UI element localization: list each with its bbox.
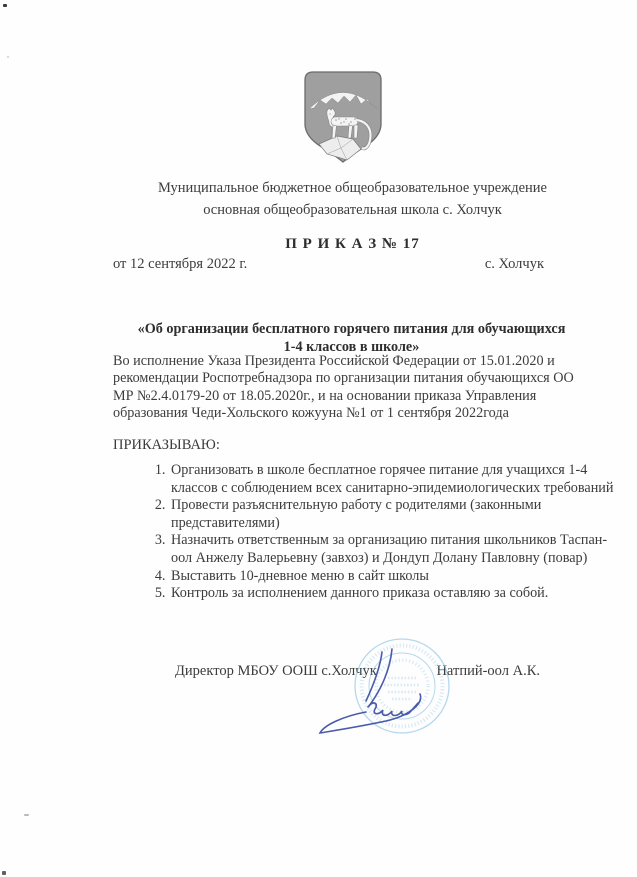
- order-date: от 12 сентября 2022 г.: [113, 256, 247, 273]
- handwritten-signature-icon: [320, 649, 421, 733]
- decree-item: Организовать в школе бесплатное горячее …: [169, 462, 621, 497]
- document-page: Муниципальное бюджетное общеобразователь…: [0, 0, 637, 877]
- org-name-line2: основная общеобразовательная школа с. Хо…: [100, 199, 605, 221]
- decree-item: Выставить 10-дневное меню в сайт школы: [169, 568, 621, 586]
- order-subject-line1: «Об организации бесплатного горячего пит…: [113, 320, 590, 338]
- snow-leopard-crest-icon: [303, 70, 383, 164]
- school-emblem: [303, 70, 383, 164]
- signature-role: Директор МБОУ ООШ с.Холчук: [175, 663, 377, 680]
- signature-name: Натпий-оол А.К.: [436, 663, 540, 680]
- order-subject: «Об организации бесплатного горячего пит…: [113, 320, 590, 356]
- decree-list: Организовать в школе бесплатное горячее …: [132, 462, 621, 603]
- scan-speck: [24, 814, 29, 816]
- official-stamp-icon: [355, 639, 449, 733]
- order-place: с. Холчук: [485, 256, 590, 273]
- decree-item: Контроль за исполнением данного приказа …: [169, 585, 621, 603]
- order-number-heading: П Р И К А З № 17: [100, 236, 605, 253]
- scan-speck: [3, 4, 7, 7]
- decree-item: Провести разъяснительную работу с родите…: [169, 497, 621, 532]
- scan-speck: [7, 56, 9, 58]
- stamp-and-signature: [310, 628, 470, 746]
- dateline: от 12 сентября 2022 г. с. Холчук: [113, 256, 590, 273]
- org-name: Муниципальное бюджетное общеобразователь…: [100, 177, 605, 221]
- decree-item: Назначить ответственным за организацию п…: [169, 532, 621, 567]
- scan-speck: [2, 871, 6, 875]
- decree-label: ПРИКАЗЫВАЮ:: [113, 437, 413, 454]
- order-preamble: Во исполнение Указа Президента Российско…: [113, 353, 591, 422]
- org-name-line1: Муниципальное бюджетное общеобразователь…: [100, 177, 605, 199]
- signature-row: Директор МБОУ ООШ с.Холчук Натпий-оол А.…: [175, 663, 540, 680]
